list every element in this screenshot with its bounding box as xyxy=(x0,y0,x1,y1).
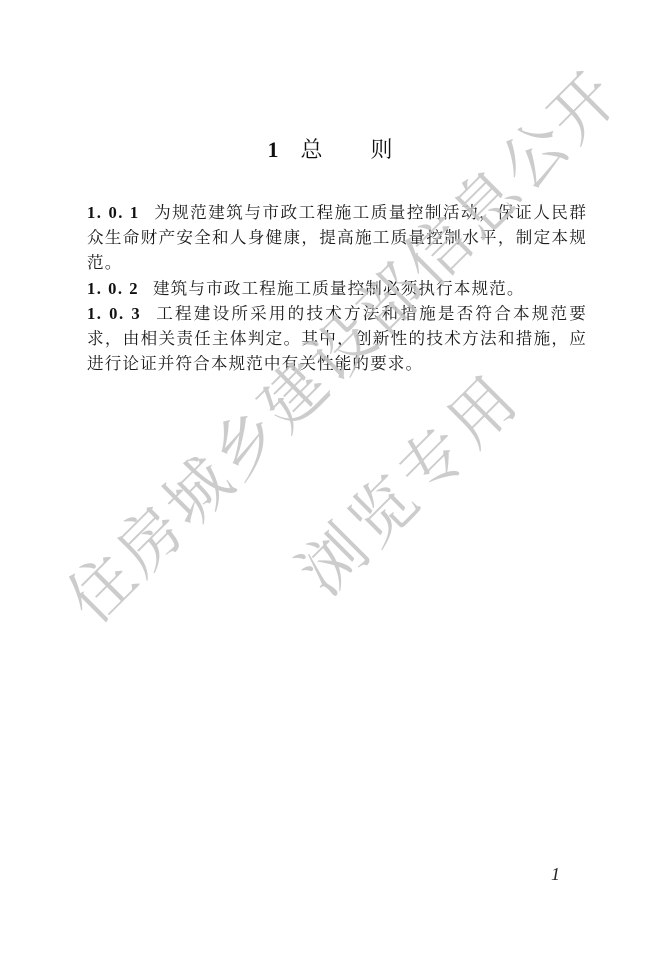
clause-number: 1. 0. 2 xyxy=(87,279,139,298)
clause-text: 工程建设所采用的技术方法和措施是否符合本规范要求，由相关责任主体判定。其中，创新… xyxy=(87,304,587,373)
chapter-title: 1总则 xyxy=(0,136,660,165)
chapter-title-part1: 总 xyxy=(300,138,322,163)
page-number: 1 xyxy=(551,864,560,885)
watermark-line-2: 浏览专用 xyxy=(275,349,538,612)
chapter-number: 1 xyxy=(267,137,278,162)
clause-number: 1. 0. 3 xyxy=(87,304,141,323)
clause-number: 1. 0. 1 xyxy=(87,203,140,222)
chapter-title-part2: 则 xyxy=(371,138,393,163)
clause-text: 为规范建筑与市政工程施工质量控制活动，保证人民群众生命财产安全和人身健康，提高施… xyxy=(87,203,587,272)
chapter-body: 1. 0. 1为规范建筑与市政工程施工质量控制活动，保证人民群众生命财产安全和人… xyxy=(87,200,587,376)
clause-1-0-3: 1. 0. 3工程建设所采用的技术方法和措施是否符合本规范要求，由相关责任主体判… xyxy=(87,301,587,377)
clause-1-0-2: 1. 0. 2建筑与市政工程施工质量控制必须执行本规范。 xyxy=(87,276,587,301)
clause-1-0-1: 1. 0. 1为规范建筑与市政工程施工质量控制活动，保证人民群众生命财产安全和人… xyxy=(87,200,587,276)
clause-text: 建筑与市政工程施工质量控制必须执行本规范。 xyxy=(153,279,525,298)
document-page: 1总则 1. 0. 1为规范建筑与市政工程施工质量控制活动，保证人民群众生命财产… xyxy=(0,0,660,956)
